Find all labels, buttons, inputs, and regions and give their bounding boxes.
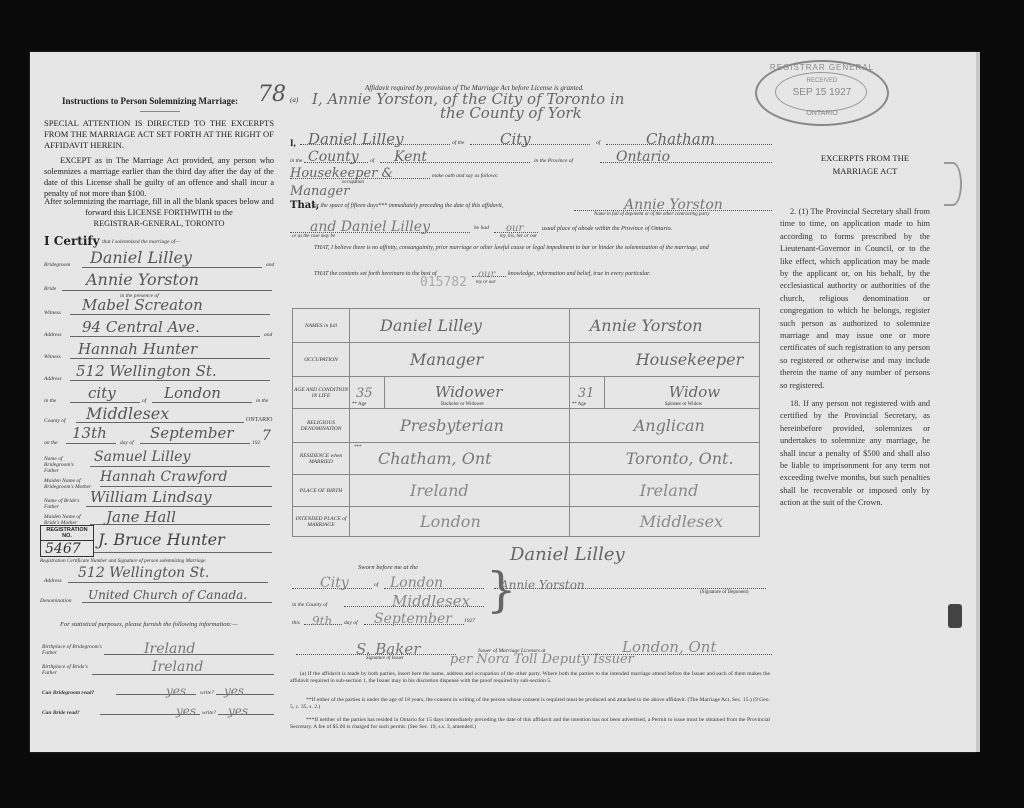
province-label-aff: in the Province of [534,158,573,164]
on-the-label: on the [44,440,58,446]
groom-write: yes [216,684,244,698]
registration-number: 5467 [41,541,93,557]
groom-read: yes [116,684,186,698]
deponent-value: Daniel Lilley [300,130,404,148]
province-field[interactable]: Ontario [600,148,772,163]
groom-condition: Widower [385,383,502,401]
party2-field[interactable]: and Daniel Lilley [290,218,470,233]
bride-birthplace-cell[interactable]: Ireland [569,475,759,507]
witness1-label: Witness [44,310,61,316]
instructions-title: Instructions to Person Solemnizing Marri… [62,96,238,106]
and-label-2: and [264,332,272,338]
bride-label: Bride [44,286,56,292]
sworn-day-field[interactable]: 9th [304,612,342,625]
party2-value: and Daniel Lilley [290,219,430,235]
sworn-this-label: this [292,620,300,626]
bride-mother-value: Jane Hall [90,508,176,526]
groom-age-cell[interactable]: 35** Age [350,377,385,409]
certify-heading: I Certify [44,234,100,248]
in-the-label-2: in the [256,398,268,404]
groom-birthplace-cell[interactable]: Ireland [350,475,570,507]
affidavit-i-mark: I, [290,138,296,148]
bride-father-value: William Lindsay [86,488,211,506]
day-field[interactable]: 13th [66,424,116,444]
binder-hole-bottom [948,604,962,628]
abode-text: usual place of abode within the Province… [542,225,672,232]
bride-occupation-cell[interactable]: Housekeeper [569,343,759,377]
bridegroom-label: Bridegroom [44,262,70,268]
contents-caption: my or our [476,280,496,285]
month-field[interactable]: September [140,424,250,444]
excerpts-heading: EXCERPTS FROM THE MARRIAGE ACT [780,152,950,178]
bride-age: 31 [570,386,595,401]
deponent-signature-2: Annie Yorston [494,578,585,592]
page-number-mark: 78 [258,82,286,107]
denomination-label: Denomination [40,598,71,604]
pronoun-value: our [494,223,523,234]
table-row: OCCUPATION Manager Housekeeper [293,343,760,377]
groom-read-label: Can Bridegroom read? [42,690,94,696]
stamp-received: RECEIVED [757,78,887,84]
footnote-a: (a) If the affidavit is made by both par… [290,671,770,685]
county-field-aff[interactable]: Kent [380,148,530,163]
county-field[interactable]: Middlesex [76,404,244,423]
occupation-caption: occupation [342,180,364,185]
province-label: ONTARIO [246,417,273,423]
place-type-field-aff[interactable]: City [470,130,590,145]
of-label-aff: of [596,140,600,146]
that-text: for the space of fifteen days*** immedia… [312,203,503,209]
witness2-value: Hannah Hunter [70,340,197,358]
sworn-county: Middlesex [344,592,470,610]
table-row: AGE AND CONDITION IN LIFE 35** Age Widow… [293,377,760,409]
bride-father-label: Name of Bride's Father [44,498,84,510]
excerpts-heading-line1: EXCERPTS FROM THE [780,152,950,165]
groom-name: Daniel Lilley [350,316,482,335]
place-type-field[interactable]: city [70,384,140,403]
year-suffix: 7 [262,428,271,444]
bride-intended-place: Middlesex [570,512,723,531]
county-aff-value: Kent [380,149,427,165]
address2-field[interactable]: 512 Wellington St. [70,362,270,381]
pronoun-field[interactable]: our [494,218,538,233]
contents-pronoun-field[interactable]: our [472,264,506,277]
residence-mark: *** [354,445,362,450]
oath-text: make oath and say as follows: [432,173,498,179]
address2-value: 512 Wellington St. [70,362,217,380]
groom-father-value: Samuel Lilley [90,449,190,465]
bridegroom-field[interactable]: Daniel Lilley [82,248,262,268]
row-label-names: NAMES in full [293,309,350,343]
officiant-signature: J. Bruce Hunter [94,530,225,549]
day-value: 13th [66,424,107,442]
excerpts-heading-line2: MARRIAGE ACT [780,165,950,178]
bride-father-birthplace-field[interactable]: Ireland [92,658,274,675]
table-row: NAMES in full Daniel Lilley Annie Yorsto… [293,309,760,343]
groom-father-field[interactable]: Samuel Lilley [90,448,270,467]
groom-write-label: write? [200,690,214,696]
belief-text: THAT, I believe there is no affinity, co… [290,244,770,252]
deponent-signature-field[interactable]: Annie Yorston [494,576,766,589]
party1-field[interactable]: Annie Yorston [574,196,772,211]
groom-father-birthplace-label: Birthplace of Bridegroom's Father [42,644,102,656]
excerpt-section-18: 18. If any person not registered with an… [780,398,930,510]
paper-edge [976,52,980,752]
bride-age-cell[interactable]: 31** Age [569,377,604,409]
statistical-text: For statistical purposes, please furnish… [44,621,274,629]
footnote-triple-star: ***If neither of the parties has resided… [290,717,770,731]
table-row: RESIDENCE when MARRIED ***Chatham, Ont T… [293,443,760,475]
groom-residence-cell[interactable]: ***Chatham, Ont [350,443,570,475]
groom-birthplace: Ireland [350,481,469,500]
certify-text: that I solemnized the marriage of— [102,239,180,245]
and-label: and [266,262,274,268]
sworn-of-label: of [374,582,378,588]
year-prefix: 192 [252,440,260,446]
denomination-value: United Church of Canada. [82,588,247,602]
city-field[interactable]: Chatham [606,130,772,145]
groom-condition-cell[interactable]: WidowerBachelor or Widower [385,377,570,409]
bride-read-label: Can Bride read? [42,710,80,716]
county-type-value: County [304,149,359,165]
place-type-value: city [70,384,116,402]
sworn-place-type: City [292,575,349,591]
bride-condition: Widow [605,383,720,401]
bride-write-field[interactable]: yes [218,702,274,715]
sworn-month: September [364,611,452,627]
party2-caption: or as the case may be [292,234,335,239]
sworn-place-type-field[interactable]: City [292,574,372,589]
bride-name-cell[interactable]: Annie Yorston [569,309,759,343]
bridegroom-value: Daniel Lilley [82,248,192,267]
groom-religion: Presbyterian [350,416,504,435]
county-type-field[interactable]: County [304,148,368,163]
affidavit-a-line2: the County of York [440,104,582,122]
except-text: EXCEPT as in The Marriage Act provided, … [44,155,274,199]
of-the-label: of the [452,140,464,146]
sworn-county-label: in the County of [292,602,327,608]
sworn-day: 9th [304,614,332,628]
party1-value: Annie Yorston [574,197,723,213]
bride-occupation: Housekeeper [570,350,744,369]
county-value: Middlesex [76,404,169,423]
witness2-label: Witness [44,354,61,360]
in-the-label: in the [44,398,56,404]
bride-age-caption: ** Age [572,402,586,407]
pronoun-caption: my, his, her or our [500,234,537,239]
groom-occupation: Manager [350,350,483,369]
groom-write-field[interactable]: yes [216,682,274,695]
sworn-county-field[interactable]: Middlesex [344,592,484,607]
excerpt-section-2: 2. (1) The Provincial Secretary shall fr… [780,206,930,392]
groom-age-caption: ** Age [352,402,366,407]
table-row: INTENDED PLACE of MARRIAGE London Middle… [293,507,760,537]
groom-intended-place: London [350,512,481,531]
contents-text-b: knowledge, information and belief, true … [508,271,650,277]
row-label-birthplace: PLACE OF BIRTH [293,475,350,507]
binder-hole-top [944,162,962,206]
bride-read: yes [100,704,196,718]
officiant-address-field[interactable]: 512 Wellington St. [68,564,268,583]
occupation-field[interactable]: Housekeeper & Manager [290,164,430,179]
address1-value: 94 Central Ave. [70,318,200,336]
sworn-year: 1927 [464,618,475,624]
bride-religion: Anglican [570,416,705,435]
bride-birthplace: Ireland [570,481,699,500]
bride-mother-field[interactable]: Jane Hall [90,508,270,525]
bride-value: Annie Yorston [62,270,199,289]
groom-occupation-cell[interactable]: Manager [350,343,570,377]
groom-read-field[interactable]: yes [116,682,196,695]
registrar-text: REGISTRAR-GENERAL, TORONTO [44,218,274,229]
row-label-age: AGE AND CONDITION IN LIFE [293,377,350,409]
bride-write-label: write? [202,710,216,716]
sworn-place-field[interactable]: London [384,574,484,589]
day-of-label: day of [120,440,134,446]
registration-label: REGISTRATION NO. [41,526,93,541]
sworn-day-of-label: day of [344,620,358,626]
denomination-field[interactable]: United Church of Canada. [82,586,272,603]
place-type-aff-value: City [470,130,531,148]
place-value: London [152,384,221,402]
province-value: Ontario [600,149,670,165]
groom-father-label: Name of Bridegroom's Father [44,456,88,474]
row-label-intended-place: INTENDED PLACE of MARRIAGE [293,507,350,537]
bride-residence-cell[interactable]: Toronto, Ont. [569,443,759,475]
witness2-field[interactable]: Hannah Hunter [70,340,270,359]
affidavit-a-mark: (a) [290,96,298,104]
address1-label: Address [44,332,62,338]
bride-name: Annie Yorston [570,316,703,335]
groom-father-birthplace-field[interactable]: Ireland [104,640,274,655]
registration-number-box: REGISTRATION NO. 5467 [40,525,94,557]
witness1-field[interactable]: Mabel Screaton [70,296,270,315]
groom-age: 35 [350,386,373,401]
groom-religion-cell[interactable]: Presbyterian [350,409,570,443]
contents-text-a: THAT the contents set forth hereinare to… [314,271,437,277]
row-label-residence: RESIDENCE when MARRIED [293,443,350,475]
sworn-month-field[interactable]: September [364,610,464,625]
stamp-date: SEP 15 1927 [757,87,887,98]
bride-father-field[interactable]: William Lindsay [86,488,272,507]
party-caption: Name in full of deponent or of the other… [594,212,710,217]
deponent-caption: (Signature of Deponent) [700,590,749,595]
groom-name-cell[interactable]: Daniel Lilley [350,309,570,343]
stamp-number: 015782 [420,275,467,290]
stamp-top-text: REGISTRAR GENERAL [757,63,887,72]
contents-pronoun: our [472,269,495,280]
bride-intended-place-cell[interactable]: Middlesex [569,507,759,537]
bride-field[interactable]: Annie Yorston [62,270,272,291]
sworn-heading: Sworn before me at the [358,564,418,571]
bride-father-birthplace: Ireland [92,659,203,675]
address1-field[interactable]: 94 Central Ave. [70,318,260,337]
party2-suffix: he had [474,225,489,231]
deputy-signature: per Nora Toll Deputy Issuer [450,652,634,667]
groom-mother-value: Hannah Crawford [100,469,227,485]
bride-read-field[interactable]: yes [100,702,200,715]
officiant-signature-field[interactable]: J. Bruce Hunter [94,530,272,553]
special-attention-text: SPECIAL ATTENTION IS DIRECTED TO THE EXC… [44,118,274,151]
bride-condition-cell[interactable]: WidowSpinster or Widow [604,377,759,409]
issuer-caption: Signature of Issuer [366,656,404,661]
row-label-occupation: OCCUPATION [293,343,350,377]
bride-religion-cell[interactable]: Anglican [569,409,759,443]
groom-mother-field[interactable]: Hannah Crawford [100,468,272,487]
row-label-religion: RELIGIOUS DENOMINATION [293,409,350,443]
month-value: September [140,424,234,442]
officiant-address: 512 Wellington St. [68,565,209,581]
groom-father-birthplace: Ireland [104,641,195,657]
groom-condition-caption: Bachelor or Widower [441,402,484,407]
bride-residence: Toronto, Ont. [570,449,734,468]
bride-write: yes [218,704,248,718]
place-field[interactable]: London [152,384,252,403]
deponent-signature-1: Daniel Lilley [510,544,625,565]
particulars-table: NAMES in full Daniel Lilley Annie Yorsto… [292,308,760,537]
address2-label: Address [44,376,62,382]
deponent-field[interactable]: Daniel Lilley [300,130,450,145]
title-divider [140,111,180,112]
city-value: Chatham [606,130,715,148]
witness1-value: Mabel Screaton [70,296,203,314]
issuer-signature-field[interactable]: S. Baker [296,640,456,655]
officiant-address-label: Address [44,578,62,584]
groom-residence: Chatham, Ont [350,449,492,468]
footnote-double-star: **If either of the parties is under the … [290,697,770,711]
county-label: County of [44,418,66,424]
registrar-general-stamp: REGISTRAR GENERAL RECEIVED SEP 15 1927 O… [755,60,889,126]
table-row: RELIGIOUS DENOMINATION Presbyterian Angl… [293,409,760,443]
stamp-bottom-text: ONTARIO [757,110,887,117]
sworn-place: London [384,575,443,591]
after-text: After solemnizing the marriage, fill in … [44,196,274,218]
bride-condition-caption: Spinster or Widow [665,402,702,407]
groom-intended-place-cell[interactable]: London [350,507,570,537]
table-row: PLACE OF BIRTH Ireland Ireland [293,475,760,507]
bride-father-birthplace-label: Birthplace of Bride's Father [42,664,92,676]
